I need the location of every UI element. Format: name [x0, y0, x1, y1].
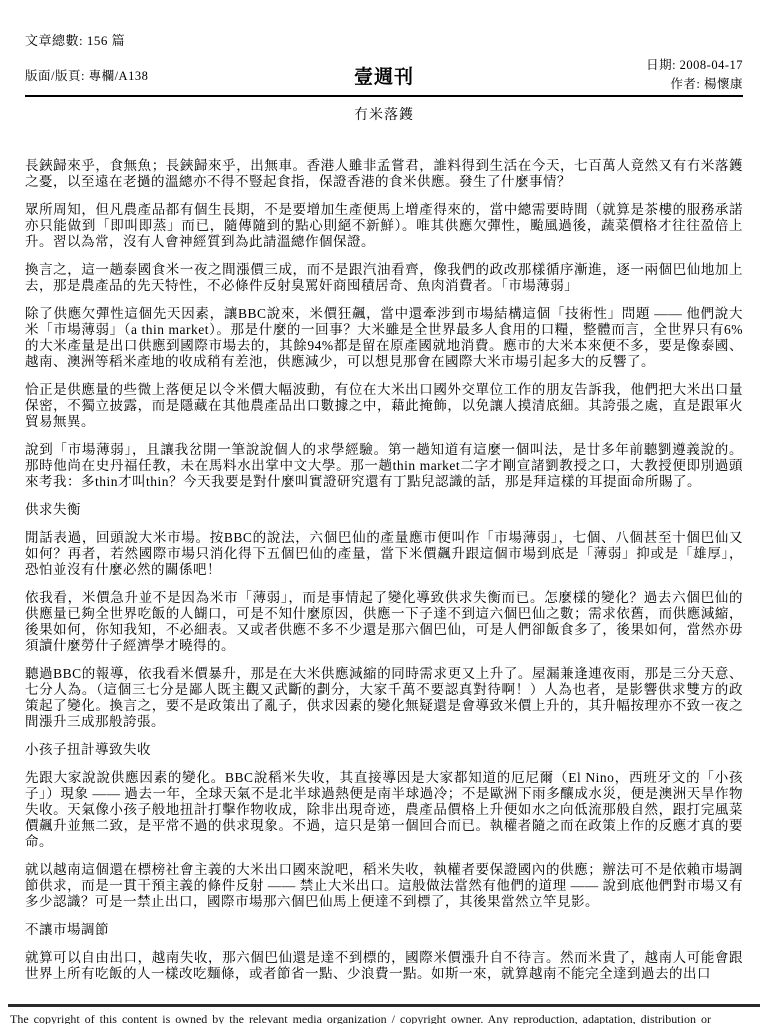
- paragraph: 換言之，這一趟泰國食米一夜之間漲價三成，而不是跟汽油看齊，像我們的政改那樣循序漸…: [25, 262, 743, 294]
- paragraph: 長鋏歸來乎，食無魚；長鋏歸來乎，出無車。香港人雖非孟嘗君，誰料得到生活在今天，七…: [25, 158, 743, 190]
- section-heading-el-nino: 小孩子扭計導致失收: [25, 742, 743, 758]
- publication-name: 壹週刊: [25, 62, 743, 89]
- paragraph: 聽過BBC的報導，依我看米價暴升，那是在大米供應減縮的同時需求更又上升了。屋漏兼…: [25, 666, 743, 730]
- article-page: 文章總數: 156 篇 版面/版頁: 專欄/A138 壹週刊 日期: 2008-…: [0, 0, 768, 1024]
- masthead-meta: 日期: 2008-04-17 作者: 楊懷康: [646, 56, 743, 94]
- date-label: 日期: 2008-04-17: [646, 56, 743, 75]
- paragraph: 恰正是供應量的些微上落便足以令米價大幅波動，有位在大米出口國外交單位工作的朋友告…: [25, 382, 743, 430]
- paragraph: 就算可以自由出口，越南失收，那六個巴仙還是達不到標的，國際米價漲升自不待言。然而…: [25, 950, 743, 982]
- masthead: 版面/版頁: 專欄/A138 壹週刊 日期: 2008-04-17 作者: 楊懷…: [25, 56, 743, 94]
- copyright-notice: The copyright of this content is owned b…: [10, 1012, 760, 1024]
- paragraph: 眾所周知，但凡農產品都有個生長期，不是要增加生產便馬上增產得來的，當中總需要時間…: [25, 202, 743, 250]
- paragraph: 依我看，米價急升並不是因為米市「薄弱」，而是事情起了變化導致供求失衡而已。怎麼樣…: [25, 590, 743, 654]
- paragraph: 就以越南這個還在標榜社會主義的大米出口國來說吧，稻米失收，執權者要保證國內的供應…: [25, 862, 743, 910]
- header-divider: [25, 95, 743, 97]
- paragraph: 除了供應欠彈性這個先天因素，讓BBC說來，米價狂飆，當中還牽涉到市場結構這個「技…: [25, 306, 743, 370]
- article-count: 文章總數: 156 篇: [25, 30, 125, 49]
- section-heading-supply-demand: 供求失衡: [25, 502, 743, 518]
- article-body: 長鋏歸來乎，食無魚；長鋏歸來乎，出無車。香港人雖非孟嘗君，誰料得到生活在今天，七…: [25, 158, 743, 994]
- footer-divider: [8, 1004, 760, 1007]
- paragraph: 說到「市場薄弱」，且讓我岔開一筆說說個人的求學經驗。第一趟知道有這麼一個叫法，是…: [25, 442, 743, 490]
- section-heading-no-market-adjustment: 不讓市場調節: [25, 922, 743, 938]
- paragraph: 閒話表過，回頭說大米市場。按BBC的說法，六個巴仙的產量應市便叫作「市場薄弱」，…: [25, 530, 743, 578]
- author-label: 作者: 楊懷康: [646, 75, 743, 94]
- paragraph: 先跟大家說說供應因素的變化。BBC說稻米失收，其直接導因是大家都知道的厄尼爾（E…: [25, 770, 743, 850]
- article-title: 冇米落鑊: [0, 104, 768, 124]
